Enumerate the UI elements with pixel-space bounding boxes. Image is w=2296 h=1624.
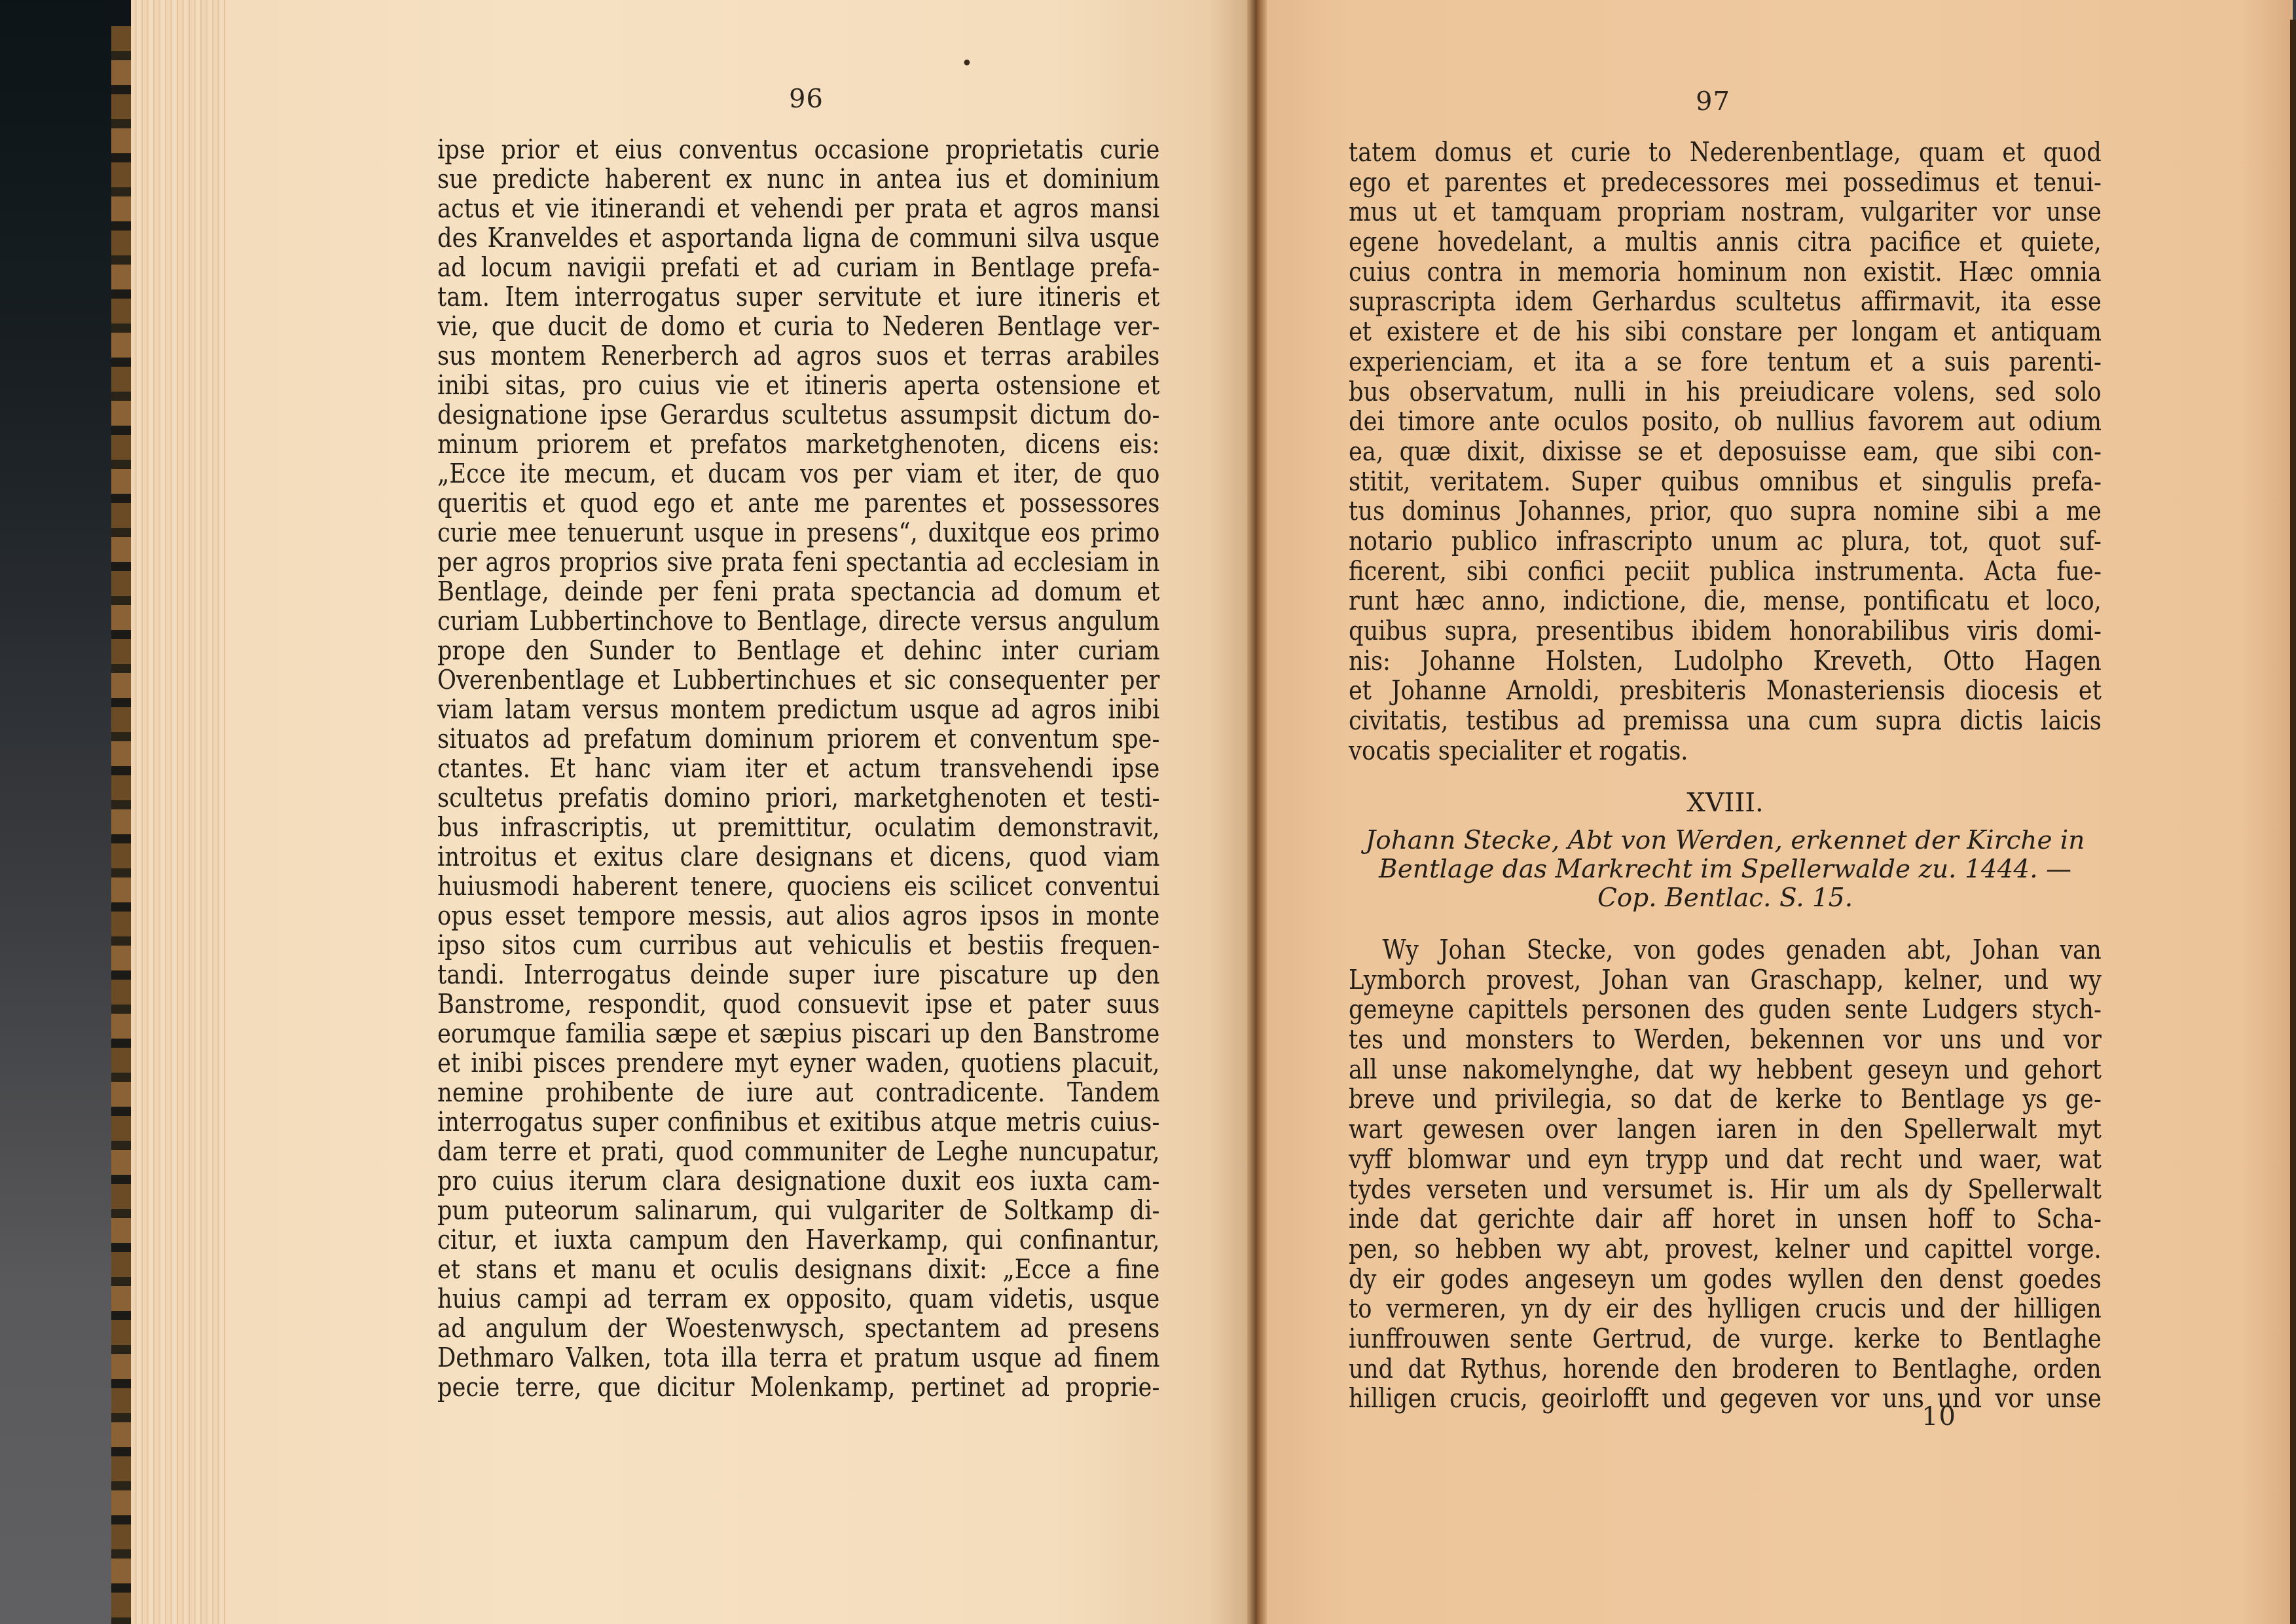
text-line: viam latam versus montem predictum usque…	[437, 695, 1159, 724]
text-line: nis: Johanne Holsten, Ludolpho Kreveth, …	[1349, 646, 2102, 676]
text-line: Banstrome, respondit, quod consuevit ips…	[437, 989, 1159, 1019]
section-heading-line: Bentlage das Markrecht im Spellerwalde z…	[1349, 855, 2102, 884]
text-line: bus observatum, nulli in his preiudicare…	[1349, 377, 2102, 407]
text-line: ea, quæ dixit, dixisse se et deposuisse …	[1349, 437, 2102, 467]
text-line: vocatis specialiter et rogatis.	[1349, 736, 2102, 766]
text-line: tus dominus Johannes, prior, quo supra n…	[1349, 496, 2102, 526]
charter-body-text: Wy Johan Stecke, von godes genaden abt, …	[1349, 935, 2224, 1414]
text-line: dam terre et prati, quod communiter de L…	[437, 1137, 1159, 1166]
text-line: hilligen crucis, geoirlofft und gegeven …	[1349, 1384, 2102, 1414]
text-line: inde dat gerichte dair aff horet in unse…	[1349, 1204, 2102, 1234]
text-line: Lymborch provest, Johan van Graschapp, k…	[1349, 965, 2102, 995]
text-line: vie, que ducit de domo et curia to Neder…	[437, 312, 1159, 341]
text-line: Wy Johan Stecke, von godes genaden abt, …	[1349, 935, 2102, 965]
text-line: cuius contra in memoria hominum non exis…	[1349, 257, 2102, 287]
text-line: pum puteorum salinarum, qui vulgariter d…	[437, 1196, 1159, 1225]
text-line: quibus supra, presentibus ibidem honorab…	[1349, 616, 2102, 646]
text-line: civitatis, testibus ad premissa una cum …	[1349, 706, 2102, 736]
text-line: des Kranveldes et asportanda ligna de co…	[437, 223, 1159, 253]
text-line: suprascripta idem Gerhardus scultetus af…	[1349, 287, 2102, 317]
text-line: ipse prior et eius conventus occasione p…	[437, 135, 1159, 164]
text-line: citur, et iuxta campum den Haverkamp, qu…	[437, 1225, 1159, 1255]
text-line: wart gewesen over langen iaren in den Sp…	[1349, 1115, 2102, 1145]
text-line: et existere et de his sibi constare per …	[1349, 317, 2102, 347]
text-line: et inibi pisces prendere myt eyner waden…	[437, 1048, 1159, 1078]
text-line: opus esset tempore messis, aut alios agr…	[437, 901, 1159, 931]
page-stack-edges	[131, 0, 229, 1624]
text-line: pen, so hebben wy abt, provest, kelner u…	[1349, 1234, 2102, 1264]
text-line: curie mee tenuerunt usque in presens“, d…	[437, 518, 1159, 547]
text-line: tandi. Interrogatus deinde super iure pi…	[437, 960, 1159, 989]
text-line: prope den Sunder to Bentlage et dehinc i…	[437, 636, 1159, 665]
text-line: queritis et quod ego et ante me parentes…	[437, 489, 1159, 518]
text-line: designatione ipse Gerardus scultetus ass…	[437, 400, 1159, 430]
text-line: dei timore ante oculos posito, ob nulliu…	[1349, 407, 2102, 437]
text-line: all unse nakomelynghe, dat wy hebbent ge…	[1349, 1055, 2102, 1085]
text-line: situatos ad prefatum dominum priorem et …	[437, 724, 1159, 754]
section-heading-line: Johann Stecke, Abt von Werden, erkennet …	[1349, 826, 2102, 855]
section-heading-line: Cop. Bentlac. S. 15.	[1349, 884, 2102, 913]
text-line: pecie terre, que dicitur Molenkamp, pert…	[437, 1373, 1159, 1402]
text-line: bus infrascriptis, ut premittitur, ocula…	[437, 813, 1159, 842]
right-page-number: 97	[1696, 86, 1730, 117]
text-line: scultetus prefatis domino priori, market…	[437, 783, 1159, 813]
text-line: sus montem Renerberch ad agros suos et t…	[437, 341, 1159, 371]
text-line: iunffrouwen sente Gertrud, de vurge. ker…	[1349, 1324, 2102, 1354]
section-number: XVIII.	[1349, 788, 2102, 818]
text-line: ipso sitos cum curribus aut vehiculis et…	[437, 931, 1159, 960]
text-line: ficerent, sibi confici peciit publica in…	[1349, 557, 2102, 587]
marbled-cover-edge	[111, 26, 132, 1624]
text-line: tam. Item interrogatus super servitute e…	[437, 282, 1159, 312]
text-line: tatem domus et curie to Nederenbentlage,…	[1349, 138, 2102, 168]
text-line: nemine prohibente de iure aut contradice…	[437, 1078, 1159, 1107]
text-line: und dat Rythus, horende den broderen to …	[1349, 1354, 2102, 1384]
ink-speck: •	[961, 52, 973, 75]
text-line: ego et parentes et predecessores mei pos…	[1349, 168, 2102, 198]
text-line: curiam Lubbertinchove to Bentlage, direc…	[437, 606, 1159, 636]
text-line: gemeyne capittels personen des guden sen…	[1349, 995, 2102, 1025]
text-line: ad angulum der Woestenwysch, spectantem …	[437, 1314, 1159, 1343]
section-heading: Johann Stecke, Abt von Werden, erkennet …	[1349, 826, 2102, 913]
text-line: „Ecce ite mecum, et ducam vos per viam e…	[437, 459, 1159, 489]
text-line: egene hovedelant, a multis annis citra p…	[1349, 227, 2102, 257]
text-line: Overenbentlage et Lubbertinchues et sic …	[437, 665, 1159, 695]
text-line: mus ut et tamquam propriam nostram, vulg…	[1349, 197, 2102, 227]
text-line: interrogatus super confinibus et exitibu…	[437, 1107, 1159, 1137]
text-line: ctantes. Et hanc viam iter et actum tran…	[437, 754, 1159, 783]
text-line: vyff blomwar und eyn trypp und dat recht…	[1349, 1145, 2102, 1175]
text-line: actus et vie itinerandi et vehendi per p…	[437, 194, 1159, 223]
text-line: Bentlage, deinde per feni prata spectanc…	[437, 577, 1159, 606]
text-line: et Johanne Arnoldi, presbiteris Monaster…	[1349, 676, 2102, 706]
text-line: huiusmodi haberent tenere, quociens eis …	[437, 872, 1159, 901]
text-line: minum priorem et prefatos marketghenoten…	[437, 430, 1159, 459]
text-line: notario publico infrascripto unum ac plu…	[1349, 526, 2102, 557]
text-line: pro cuius iterum clara designatione duxi…	[437, 1166, 1159, 1196]
right-cover-edge	[2290, 20, 2296, 1624]
text-line: stitit, veritatem. Super quibus omnibus …	[1349, 467, 2102, 497]
text-line: eorumque familia sæpe et sæpius piscari …	[437, 1019, 1159, 1048]
text-line: introitus et exitus clare designans et d…	[437, 842, 1159, 872]
text-line: huius campi ad terram ex opposito, quam …	[437, 1284, 1159, 1314]
text-line: experienciam, et ita a se fore tentum et…	[1349, 347, 2102, 377]
text-line: breve und privilegia, so dat de kerke to…	[1349, 1084, 2102, 1115]
text-line: tes und monsters to Werden, bekennen vor…	[1349, 1025, 2102, 1055]
left-page-number: 96	[789, 84, 824, 114]
text-line: ad locum navigii prefati et ad curiam in…	[437, 253, 1159, 282]
signature-mark: 10	[1922, 1401, 1956, 1431]
right-page-continuation-text: tatem domus et curie to Nederenbentlage,…	[1349, 138, 2224, 766]
text-line: Dethmaro Valken, tota illa terra et prat…	[437, 1343, 1159, 1373]
text-line: per agros proprios sive prata feni spect…	[437, 547, 1159, 577]
text-line: sue predicte haberent ex nunc in antea i…	[437, 164, 1159, 194]
text-line: et stans et manu et oculis designans dix…	[437, 1255, 1159, 1284]
text-line: dy eir godes angeseyn um godes wyllen de…	[1349, 1264, 2102, 1295]
text-line: to vermeren, yn dy eir des hylligen cruc…	[1349, 1294, 2102, 1324]
left-page-text: ipse prior et eius conventus occasione p…	[437, 135, 1277, 1402]
text-line: inibi sitas, pro cuius vie et itineris a…	[437, 371, 1159, 400]
text-line: runt hæc anno, indictione, die, mense, p…	[1349, 586, 2102, 616]
text-line: tydes verseten und versumet is. Hir um a…	[1349, 1175, 2102, 1205]
